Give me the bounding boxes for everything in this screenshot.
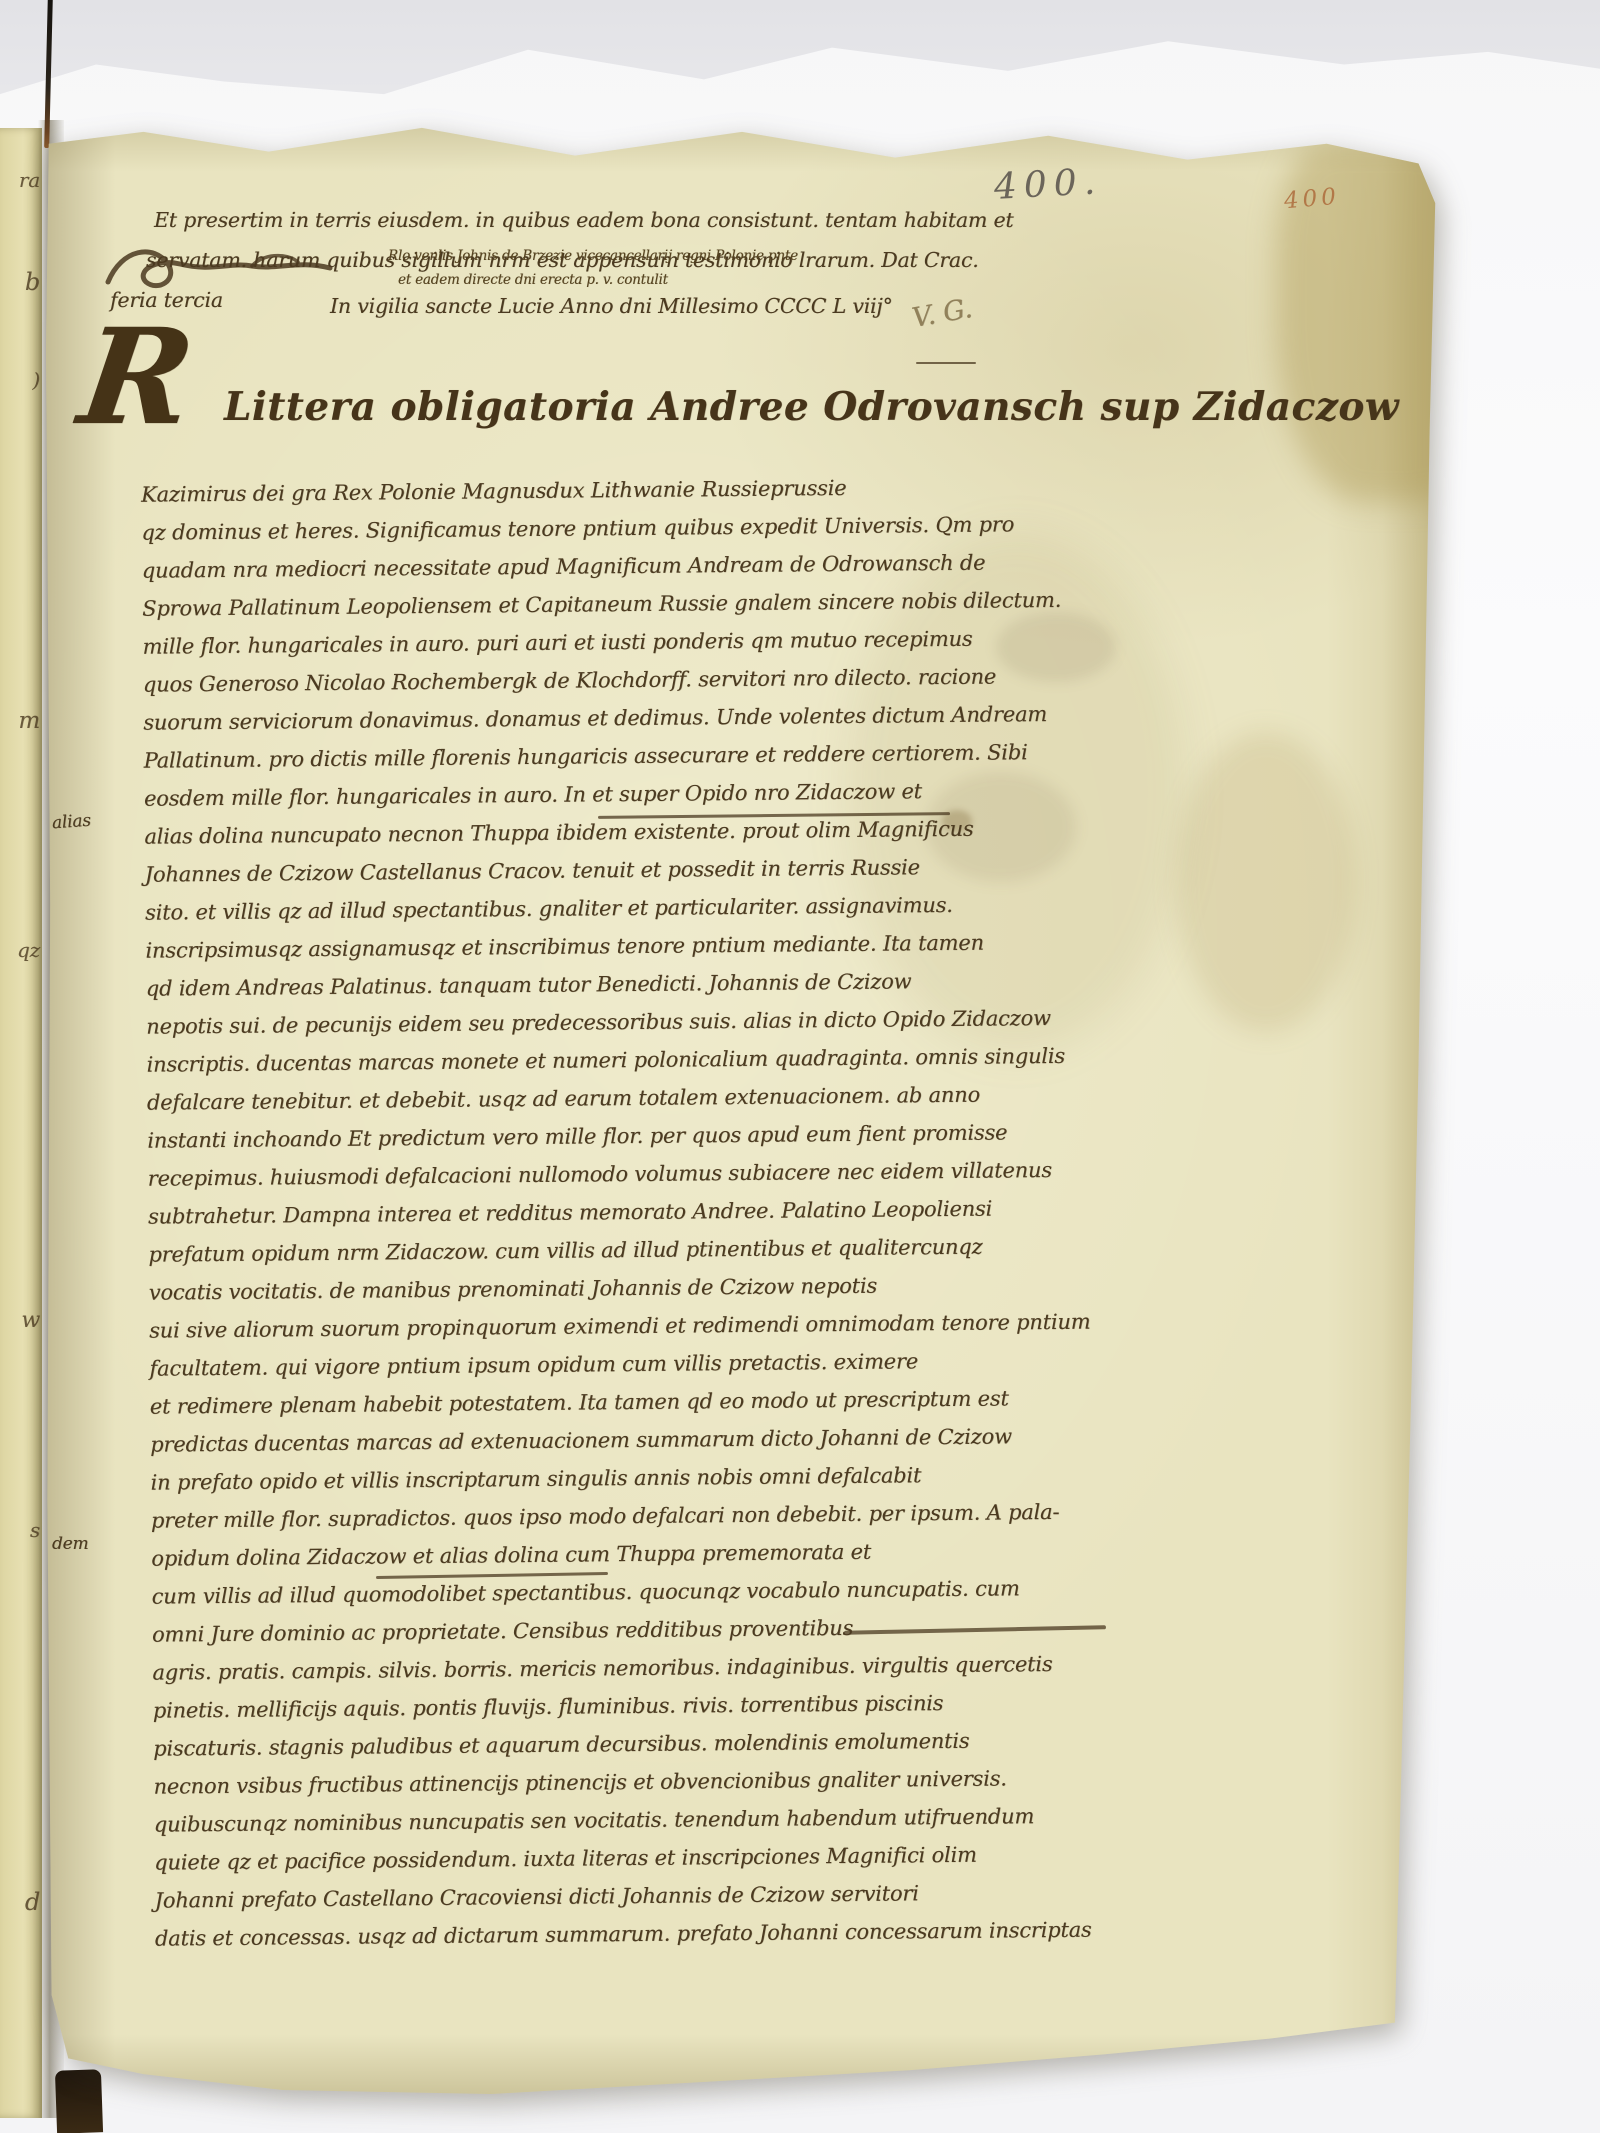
ink-underline (916, 362, 976, 364)
folio-number-ink: 400. (993, 161, 1103, 208)
decorated-initial: R (73, 312, 201, 444)
gutter-text-fragment: m (18, 708, 40, 734)
calligraphic-flourish-icon (102, 238, 338, 298)
relatio-note-line: Rlo venlis Johnis de Brzezie vicecancell… (388, 248, 798, 264)
entry-heading: Littera obligatoria Andree Odrovansch su… (224, 384, 1399, 430)
photograph-of-manuscript: rab)mqzwsd 400. 400 Et presertim in terr… (0, 0, 1600, 2133)
gutter-text-fragment: qz (17, 938, 40, 962)
manuscript-page: 400. 400 Et presertim in terris eiusdem.… (46, 112, 1438, 2094)
margin-note-dem: dem (52, 1534, 88, 1554)
margin-initials-mark: V. G. (910, 293, 975, 334)
relatio-note-line: et eadem directe dni erecta p. v. contul… (398, 272, 668, 288)
folio-number-red: 400 (1283, 184, 1341, 215)
charter-body-text: Kazimirus dei gra Rex Polonie Magnusdux … (141, 464, 1335, 1957)
parchment-surface: 400. 400 Et presertim in terris eiusdem.… (46, 112, 1438, 2094)
previous-page-sliver: rab)mqzwsd (0, 128, 42, 2118)
margin-note-alias: alias (51, 811, 91, 834)
closing-paragraph-line: Et presertim in terris eiusdem. in quibu… (154, 208, 1013, 232)
closing-dateline-right: In vigilia sancte Lucie Anno dni Millesi… (330, 294, 893, 318)
gutter-text-fragment: ra (19, 168, 40, 192)
